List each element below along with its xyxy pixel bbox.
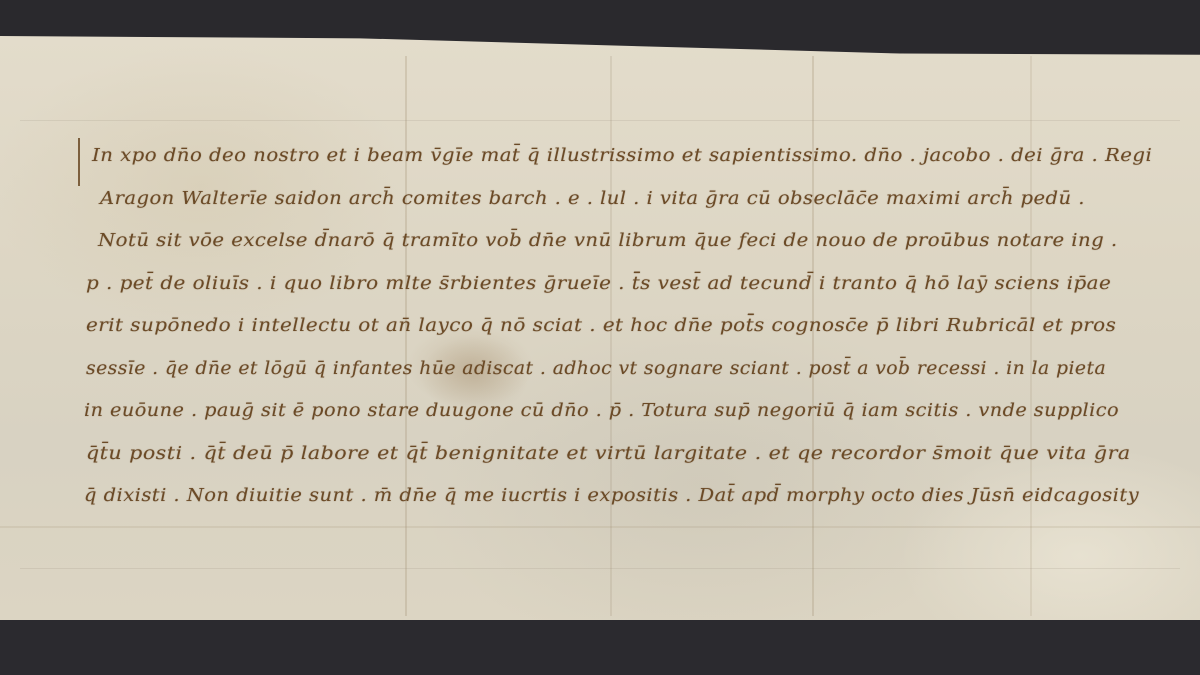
text-line-3: Notū sit vōe excelse d̄narō q̄ tramī… [78, 231, 1158, 274]
text-line-8: q̄t̄u posti . q̄t̄ deū p̄ labore et q̄t… [78, 444, 1158, 487]
line-text: q̄t̄u posti . q̄t̄ deū p̄ labore et q̄t… [86, 444, 1131, 464]
text-line-1: In xpo dn̄o deo nostro et i beam v̄gīe … [78, 146, 1158, 189]
manuscript-text: In xpo dn̄o deo nostro et i beam v̄gīe … [78, 146, 1158, 529]
line-text: q̄ dixisti . Non diuitie sunt . m̄ dn̄e … [84, 486, 1139, 506]
text-line-6: sessīe . q̄e dn̄e et lōgū q̄ infantes… [78, 359, 1158, 402]
ruling-line [20, 120, 1180, 121]
text-line-4: p . pet̄ de oliuīs . i quo libro mlte s… [78, 274, 1158, 317]
text-line-9: q̄ dixisti . Non diuitie sunt . m̄ dn̄e … [78, 486, 1158, 529]
line-text: p . pet̄ de oliuīs . i quo libro mlte s… [86, 274, 1111, 294]
line-text: Aragon Walterīe saidon arch̄ comites ba… [100, 189, 1085, 209]
line-text: Notū sit vōe excelse d̄narō q̄ tramī… [98, 231, 1118, 251]
scan-backdrop-bottom [0, 620, 1200, 675]
text-line-7: in euōune . pauḡ sit ē pono stare duu… [78, 401, 1158, 444]
line-text: sessīe . q̄e dn̄e et lōgū q̄ infantes… [86, 359, 1106, 379]
ruling-line [20, 568, 1180, 569]
text-line-5: erit supōnedo i intellectu ot an̄ layco… [78, 316, 1158, 359]
line-text: In xpo dn̄o deo nostro et i beam v̄gīe … [92, 146, 1152, 166]
line-text: in euōune . pauḡ sit ē pono stare duu… [84, 401, 1119, 421]
line-text: erit supōnedo i intellectu ot an̄ layco… [86, 316, 1116, 336]
text-line-2: Aragon Walterīe saidon arch̄ comites ba… [78, 189, 1158, 232]
